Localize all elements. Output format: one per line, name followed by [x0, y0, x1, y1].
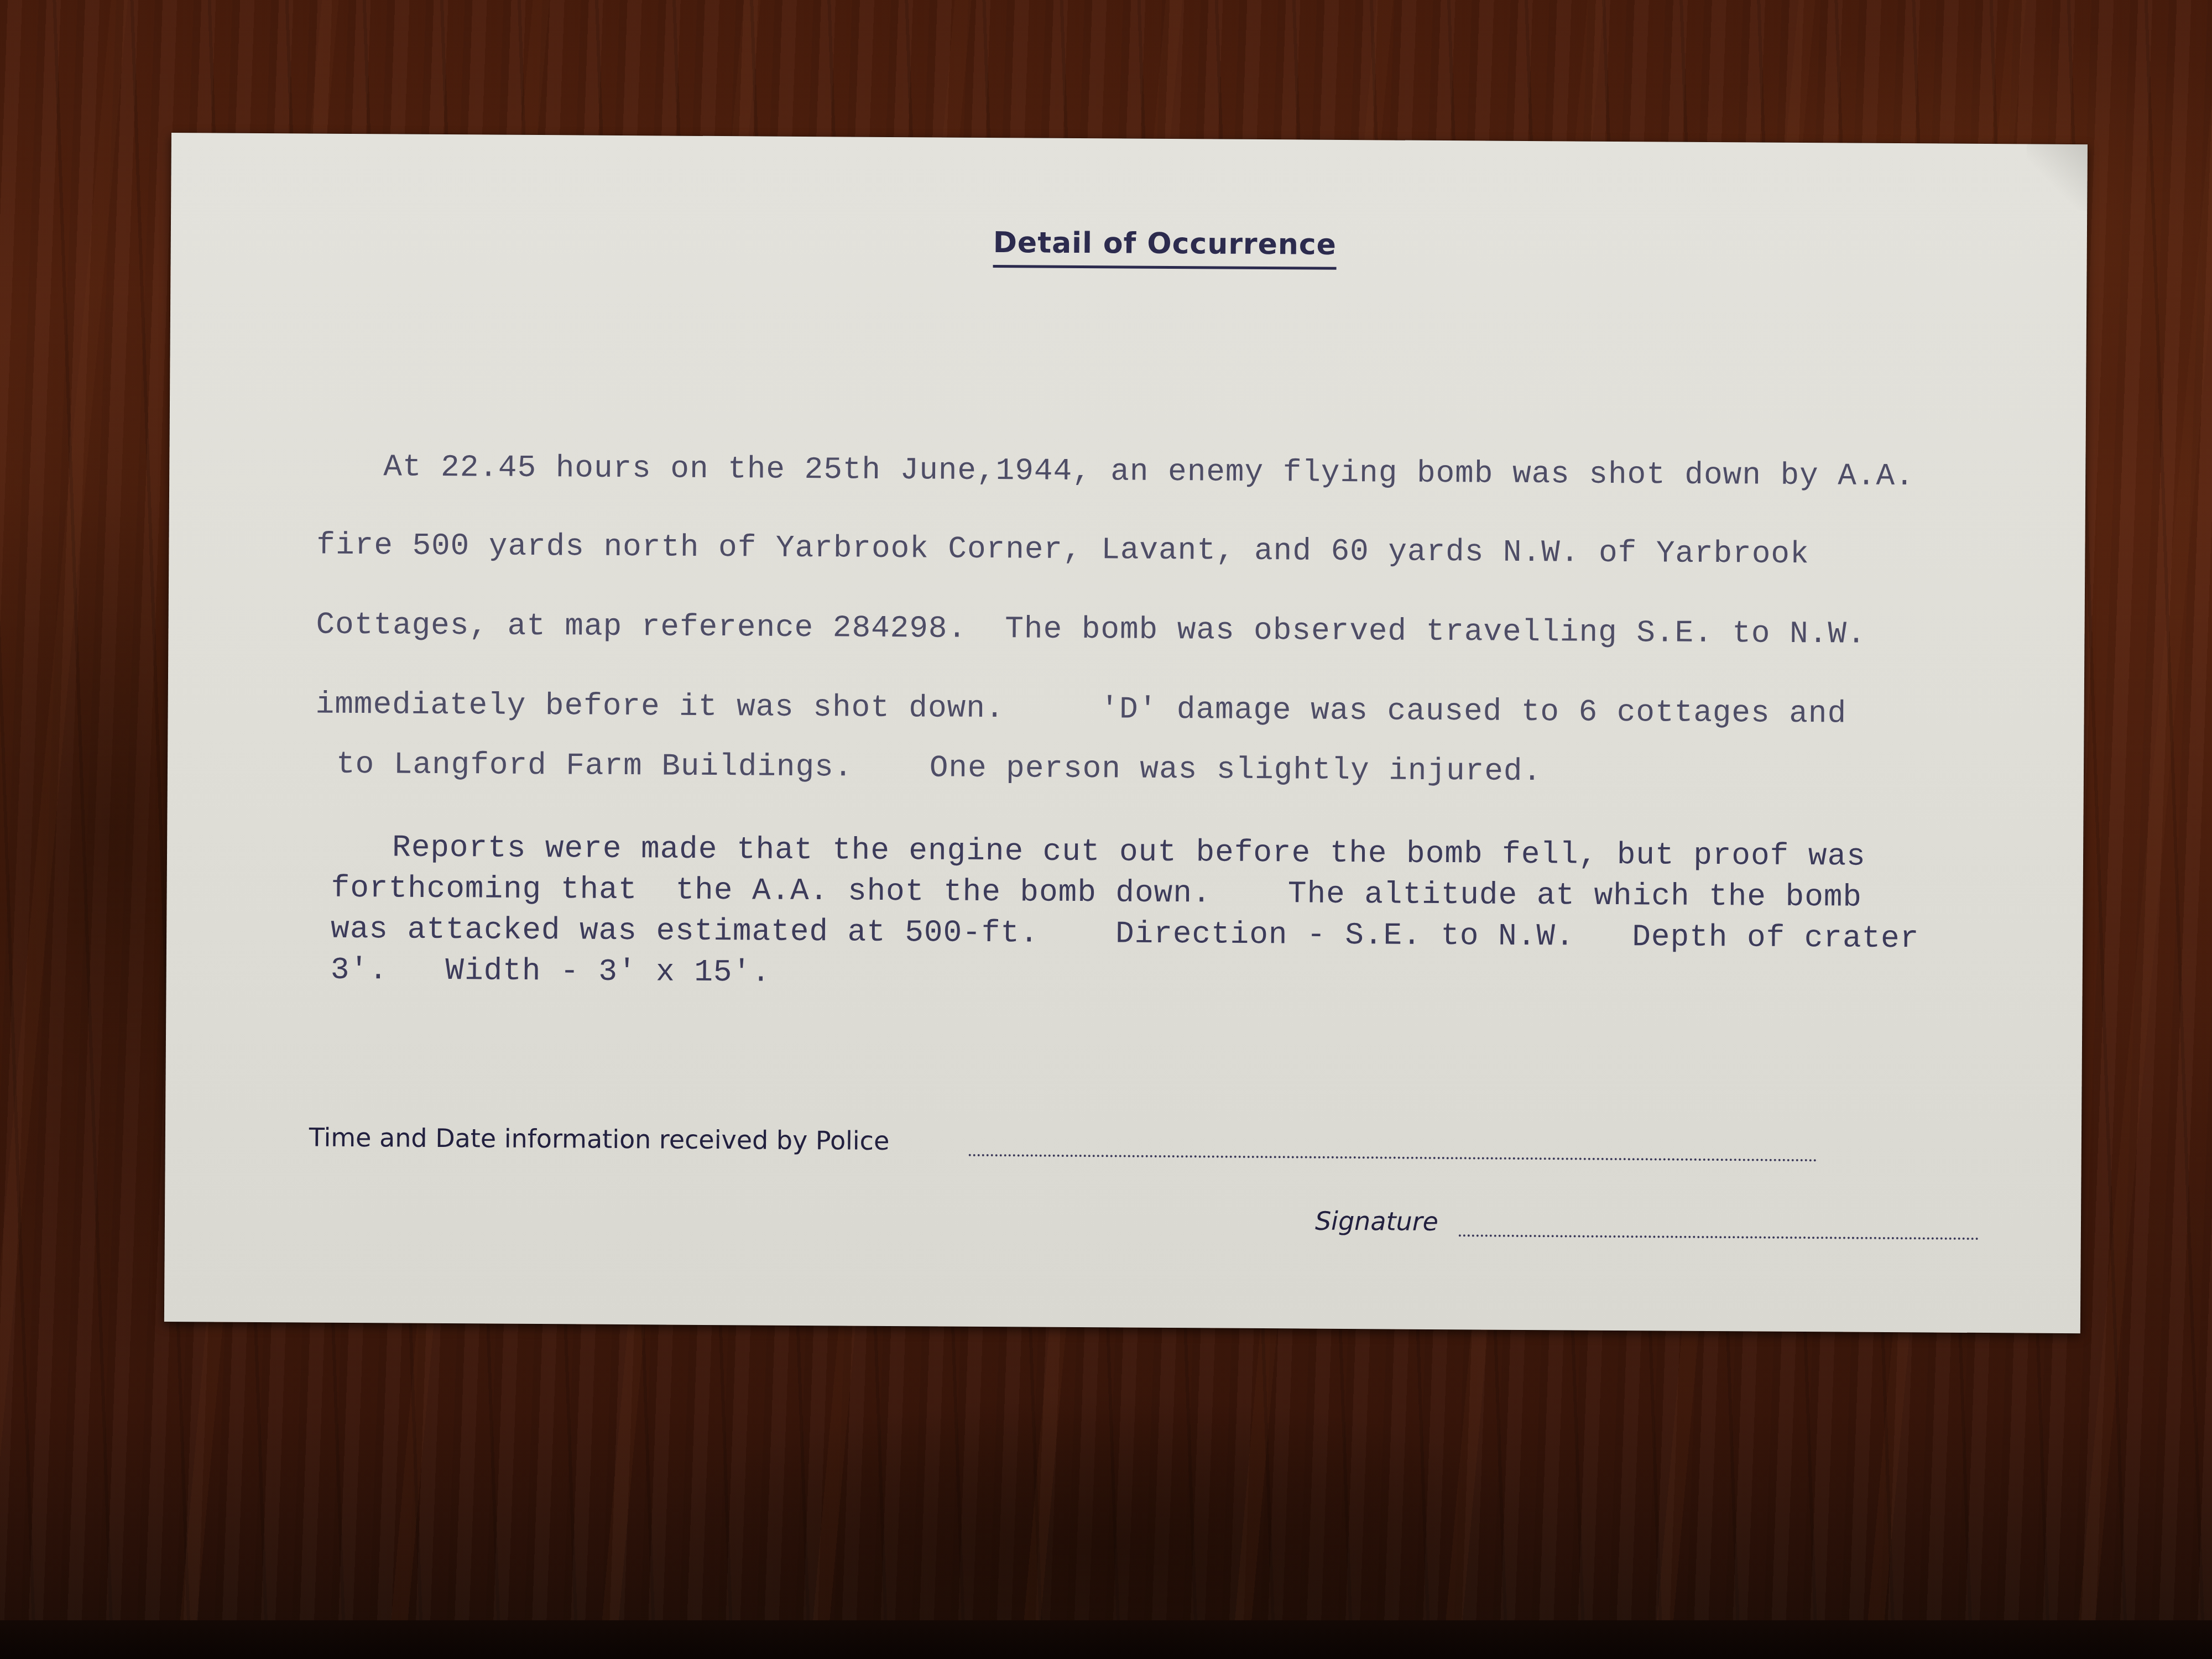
paragraph-1-line-1: At 22.45 hours on the 25th June,1944, an…	[383, 449, 1914, 494]
paragraph-2-line-2: forthcoming that the A.A. shot the bomb …	[331, 870, 1862, 915]
paragraph-1-line-2: fire 500 yards north of Yarbrook Corner,…	[316, 528, 1809, 572]
signature-field[interactable]	[1459, 1234, 1979, 1240]
occurrence-report-card: Detail of Occurrence At 22.45 hours on t…	[164, 133, 2088, 1333]
paragraph-2-line-4: 3'. Width - 3' x 15'.	[331, 952, 771, 990]
signature-label: Signature	[1315, 1206, 1438, 1237]
time-date-label: Time and Date information received by Po…	[309, 1123, 890, 1156]
document-title: Detail of Occurrence	[993, 226, 1337, 270]
paragraph-1-line-5: to Langford Farm Buildings. One person w…	[336, 747, 1542, 789]
table-shadow-edge	[0, 1620, 2212, 1659]
time-date-field[interactable]	[969, 1154, 1817, 1161]
paragraph-1-line-4: immediately before it was shot down. 'D'…	[315, 687, 1846, 732]
paragraph-2-line-1: Reports were made that the engine cut ou…	[392, 830, 1866, 874]
paragraph-2-line-3: was attacked was estimated at 500-ft. Di…	[331, 911, 1919, 957]
paragraph-1-line-3: Cottages, at map reference 284298. The b…	[316, 607, 1866, 652]
